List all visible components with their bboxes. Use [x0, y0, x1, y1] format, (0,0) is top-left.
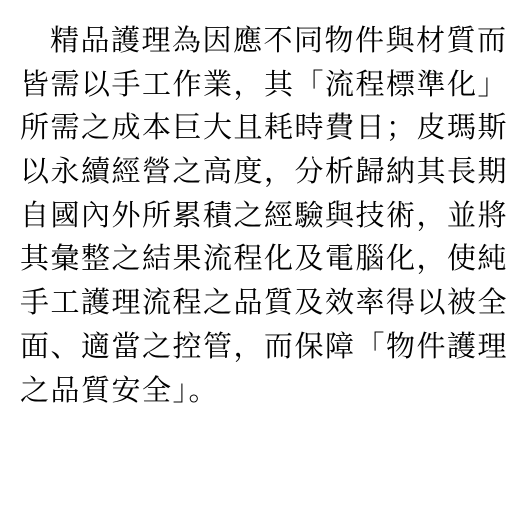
paragraph-line: 以永續經營之高度，分析歸納其長期 — [20, 151, 512, 195]
paragraph-line: 皆需以手工作業，其「流程標準化」 — [20, 64, 512, 108]
paragraph-line: 精品護理為因應不同物件與材質而 — [20, 20, 512, 64]
paragraph: 精品護理為因應不同物件與材質而 皆需以手工作業，其「流程標準化」 所需之成本巨大… — [20, 20, 512, 413]
page: 精品護理為因應不同物件與材質而 皆需以手工作業，其「流程標準化」 所需之成本巨大… — [0, 0, 520, 520]
paragraph-line: 其彙整之結果流程化及電腦化，使純 — [20, 238, 512, 282]
paragraph-line: 所需之成本巨大且耗時費日；皮瑪斯 — [20, 107, 512, 151]
paragraph-line: 自國內外所累積之經驗與技術，並將 — [20, 195, 512, 239]
paragraph-line: 手工護理流程之品質及效率得以被全 — [20, 282, 512, 326]
paragraph-line: 面、適當之控管，而保障「物件護理 — [20, 326, 512, 370]
paragraph-line: 之品質安全」。 — [20, 370, 512, 414]
